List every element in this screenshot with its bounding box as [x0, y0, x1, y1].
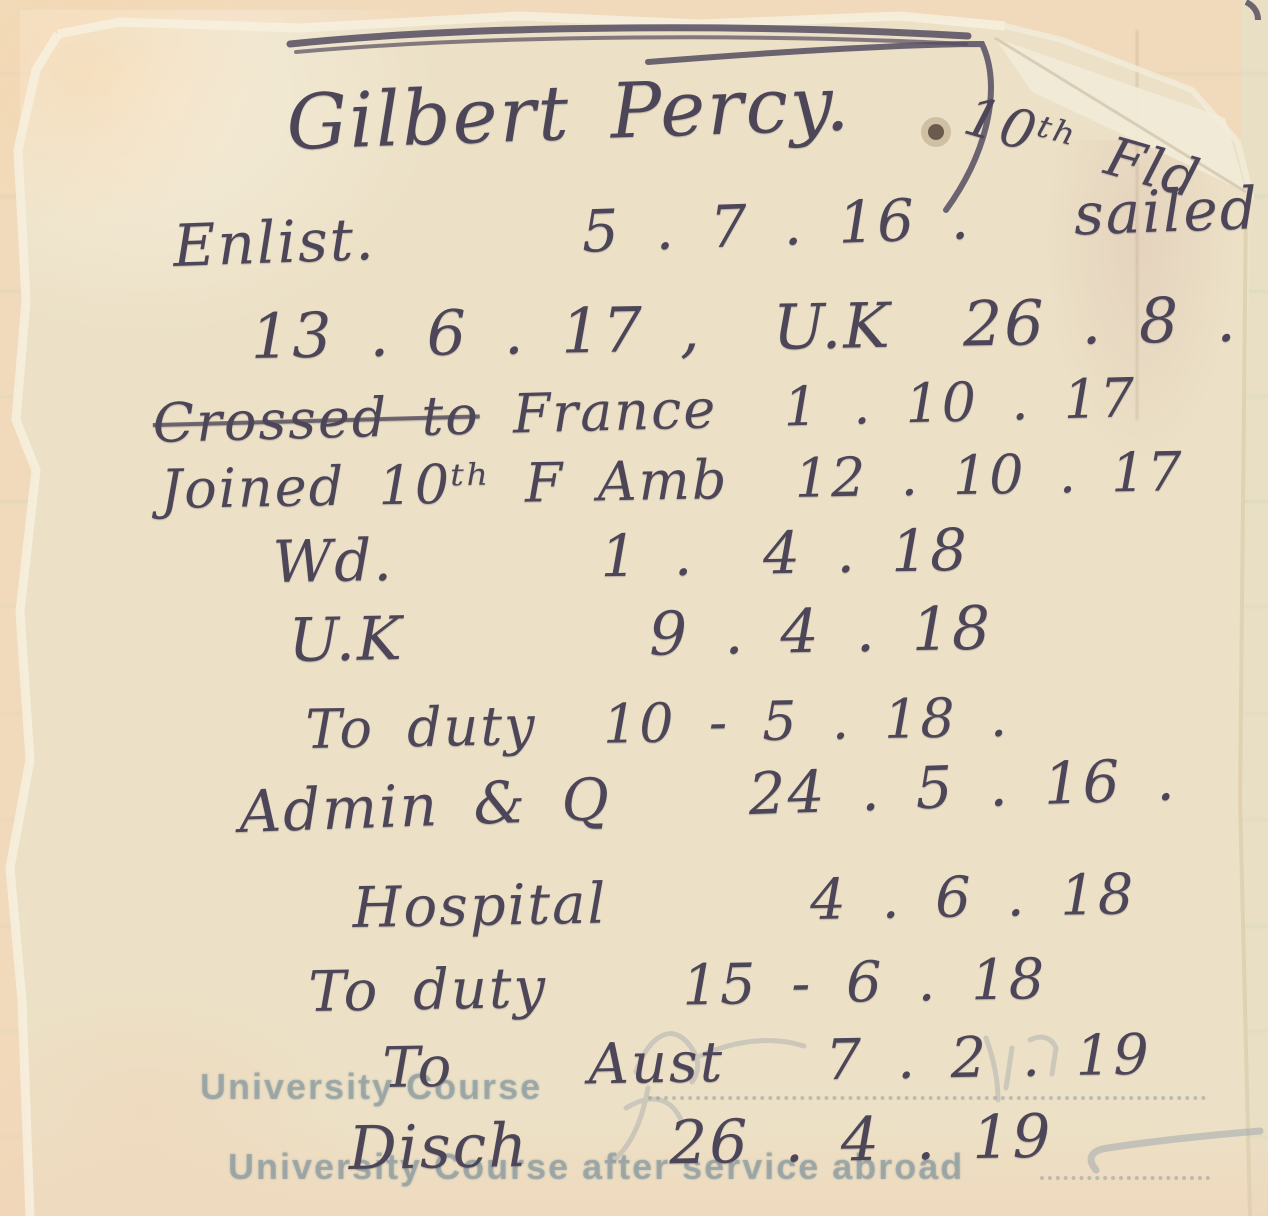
- entry-to-duty-1: To duty 10 - 5 . 18 .: [305, 686, 1010, 761]
- slip-highlight: [20, 10, 440, 340]
- entry-wounded: Wd. 1 . 4 . 18: [272, 516, 970, 596]
- entry-discharged: Disch 26 . 4 . 19: [348, 1102, 1053, 1184]
- entry-hospital: Hospital 4 . 6 . 18: [352, 862, 1136, 941]
- dotted-leader-1: [648, 1096, 1206, 1100]
- entry-crossed-struck-word: Crossed to: [152, 383, 481, 455]
- dotted-leader-2: [1040, 1176, 1210, 1180]
- entry-to-aust: To Aust 7 . 2 . 19: [382, 1023, 1151, 1101]
- entry-to-duty-2: To duty 15 - 6 . 18: [308, 947, 1047, 1025]
- entry-uk: U.K 9 . 4 . 18: [288, 594, 993, 676]
